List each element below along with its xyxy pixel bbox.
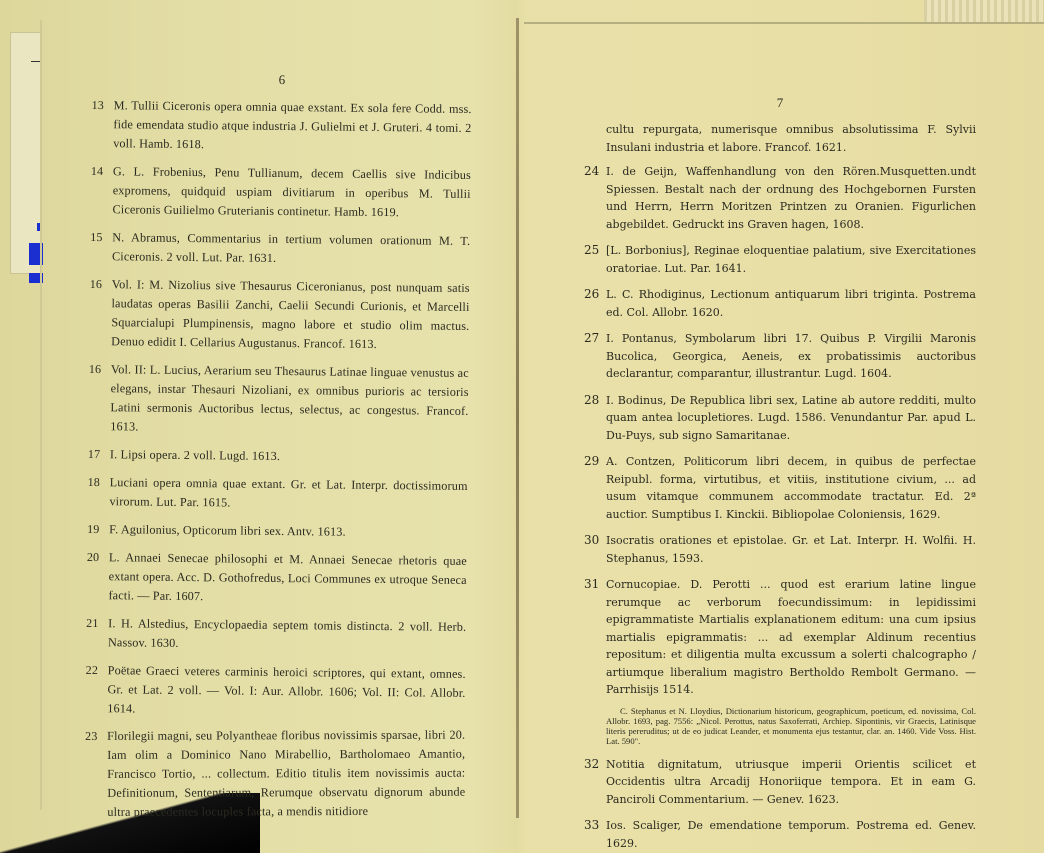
entry-number: 24: [584, 163, 599, 181]
bibliography-entry: 28I. Bodinus, De Republica libri sex, La…: [584, 392, 976, 445]
bibliography-entry: 20L. Annaei Senecae philosophi et M. Ann…: [86, 548, 467, 609]
entry-continuation: cultu repurgata, numerisque omnibus abso…: [584, 121, 976, 156]
bibliography-entry: 31Cornucopiae. D. Perotti ... quod est e…: [584, 576, 976, 699]
entry-number: 13: [92, 96, 105, 115]
bibliography-entry: 13M. Tullii Ciceronis opera omnia quae e…: [91, 96, 472, 157]
entry-number: 28: [584, 392, 599, 410]
entry-number: 23: [85, 727, 97, 746]
footnote: C. Stephanus et N. Lloydius, Dictionariu…: [584, 706, 976, 746]
entry-text: I. de Geijn, Waffenhandlung von den Röre…: [606, 163, 976, 233]
entry-text: I. Pontanus, Symbolarum libri 17. Quibus…: [606, 330, 976, 383]
entry-text: L. C. Rhodiginus, Lectionum antiquarum l…: [606, 286, 976, 321]
entry-number: 30: [584, 532, 599, 550]
bibliography-entry: 17I. Lipsi opera. 2 voll. Lugd. 1613.: [88, 445, 468, 468]
page-edge: [40, 20, 42, 810]
entry-text: Notitia dignitatum, utriusque imperii Or…: [606, 756, 976, 809]
bibliography-entry: 18Luciani opera omnia quae extant. Gr. e…: [87, 473, 467, 515]
bibliography-entry: 19F. Aguilonius, Opticorum libri sex. An…: [87, 520, 467, 543]
entry-text: N. Abramus, Commentarius in tertium volu…: [112, 228, 470, 270]
entry-number: 16: [89, 360, 102, 379]
page-number: 7: [584, 95, 976, 111]
entry-number: 33: [584, 817, 599, 835]
entry-text: L. Annaei Senecae philosophi et M. Annae…: [108, 548, 467, 609]
entry-text: [L. Borbonius], Reginae eloquentiae pala…: [606, 242, 976, 277]
bibliography-entry: 16Vol. II: L. Lucius, Aerarium seu Thesa…: [88, 360, 469, 440]
entry-text: G. L. Frobenius, Penu Tullianum, decem C…: [112, 162, 471, 223]
page-top-edge: [524, 22, 1044, 24]
bibliography-entry: 16Vol. I: M. Nizolius sive Thesaurus Cic…: [89, 275, 470, 355]
left-page: 6 13M. Tullii Ciceronis opera omnia quae…: [84, 70, 472, 835]
entry-number: 31: [584, 576, 599, 594]
entry-number: 32: [584, 756, 599, 774]
entry-number: 17: [88, 445, 101, 464]
entry-text: Isocratis orationes et epistolae. Gr. et…: [606, 532, 976, 567]
entry-text: F. Aguilonius, Opticorum libri sex. Antv…: [109, 520, 467, 543]
entry-text: Ios. Scaliger, De emendatione temporum. …: [606, 817, 976, 852]
entry-text: I. Lipsi opera. 2 voll. Lugd. 1613.: [110, 445, 468, 468]
entry-text: M. Tullii Ciceronis opera omnia quae exs…: [113, 96, 472, 157]
entry-number: 21: [86, 614, 99, 633]
entry-number: 20: [87, 548, 100, 567]
bibliography-entry: 29A. Contzen, Politicorum libri decem, i…: [584, 453, 976, 523]
entry-text: Cornucopiae. D. Perotti ... quod est era…: [606, 576, 976, 699]
bibliography-entry: 21I. H. Alstedius, Encyclopaedia septem …: [86, 614, 466, 656]
entry-text: I. Bodinus, De Republica libri sex, Lati…: [606, 392, 976, 445]
entry-text: Poëtae Graeci veteres carminis heroici s…: [107, 661, 466, 722]
entry-text: Florilegii magni, seu Polyantheae florib…: [107, 726, 465, 822]
entry-text: Vol. I: M. Nizolius sive Thesaurus Cicer…: [111, 275, 470, 355]
bibliography-entry: 26L. C. Rhodiginus, Lectionum antiquarum…: [584, 286, 976, 321]
right-page: 7 cultu repurgata, numerisque omnibus ab…: [584, 95, 976, 853]
entry-number: 15: [90, 228, 103, 247]
page-number: 6: [92, 70, 472, 90]
entry-number: 14: [91, 162, 104, 181]
bibliography-entry: 33Ios. Scaliger, De emendatione temporum…: [584, 817, 976, 852]
scan-edge-noise: [924, 0, 1044, 22]
book-gutter: [516, 18, 519, 818]
bibliography-entry: 22Poëtae Graeci veteres carminis heroici…: [85, 661, 466, 722]
entry-number: 25: [584, 242, 599, 260]
bibliography-entry: 24I. de Geijn, Waffenhandlung von den Rö…: [584, 163, 976, 233]
entry-number: 27: [584, 330, 599, 348]
bookmark-strip: [10, 32, 42, 274]
entry-number: 19: [87, 520, 100, 539]
entry-text: Luciani opera omnia quae extant. Gr. et …: [109, 473, 467, 515]
bibliography-entry: 25[L. Borbonius], Reginae eloquentiae pa…: [584, 242, 976, 277]
bibliography-entry: 32Notitia dignitatum, utriusque imperii …: [584, 756, 976, 809]
entry-number: 29: [584, 453, 599, 471]
entry-text: I. H. Alstedius, Encyclopaedia septem to…: [108, 614, 466, 656]
bibliography-entry: 14G. L. Frobenius, Penu Tullianum, decem…: [90, 162, 471, 223]
entry-number: 22: [86, 661, 99, 680]
bibliography-entry: 30Isocratis orationes et epistolae. Gr. …: [584, 532, 976, 567]
bibliography-entry: 23Florilegii magni, seu Polyantheae flor…: [85, 726, 465, 822]
bibliography-entry: 27I. Pontanus, Symbolarum libri 17. Quib…: [584, 330, 976, 383]
entry-text: Vol. II: L. Lucius, Aerarium seu Thesaur…: [110, 360, 469, 440]
entry-number: 16: [90, 275, 103, 294]
entry-number: 18: [88, 473, 101, 492]
entry-text: A. Contzen, Politicorum libri decem, in …: [606, 453, 976, 523]
entry-number: 26: [584, 286, 599, 304]
bibliography-entry: 15N. Abramus, Commentarius in tertium vo…: [90, 228, 470, 270]
